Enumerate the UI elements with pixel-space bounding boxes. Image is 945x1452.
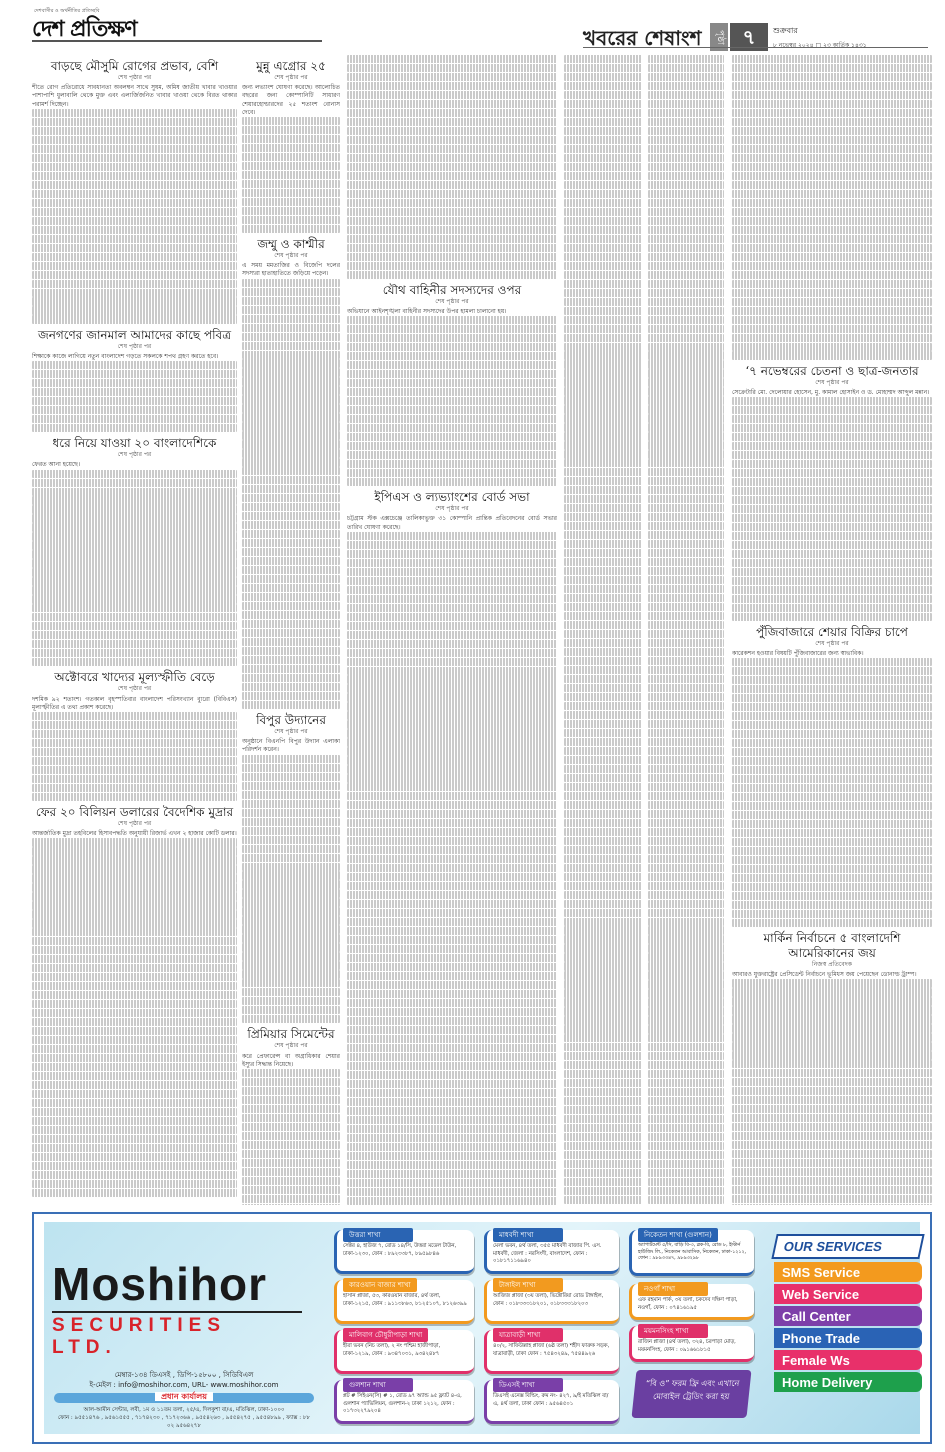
article-body bbox=[32, 838, 237, 1197]
branch-title: নওগাঁ শাখা bbox=[638, 1282, 708, 1296]
membership-info: মেম্বার-১৩৪ ডিএসই , ডিপি-১৫৮০০ , সিডিবিএ… bbox=[54, 1370, 314, 1380]
headline-7-november[interactable]: ‘৭ নভেম্বরের চেতনা ও ছাত্র-জনতার bbox=[732, 364, 932, 379]
branch-detail: ৪০/২, সাফিউল্লাহ প্লাজা (৬ষ্ঠ তলা) শহীদ … bbox=[493, 1343, 613, 1358]
article-body bbox=[32, 109, 237, 324]
moshihor-advertisement[interactable]: Moshihor SECURITIES LTD. মেম্বার-১৩৪ ডিএ… bbox=[32, 1212, 932, 1444]
article-body bbox=[347, 316, 557, 486]
service-call-center[interactable]: Call Center bbox=[774, 1306, 922, 1326]
hq-address: আল-আমীন সেন্টার, লবী, ১ম ও ১১তম তলা, ২৫/… bbox=[54, 1406, 314, 1414]
service-phone-trade[interactable]: Phone Trade bbox=[774, 1328, 922, 1348]
article-body bbox=[732, 55, 932, 360]
continued-label: শেষ পৃষ্ঠার পর bbox=[32, 685, 237, 693]
branch-title: ময়মনসিংহ শাখা bbox=[638, 1324, 708, 1338]
column-1: বাড়ছে মৌসুমি রোগের প্রভাব, বেশি শেষ পৃষ… bbox=[32, 55, 237, 1205]
newspaper-logo[interactable]: দেশ প্রতিক্ষণ bbox=[32, 12, 137, 49]
branch-dse: ডিএসই শাখা ডিএসই এনেক্স বিল্ডিং, রুম নং-… bbox=[484, 1380, 619, 1424]
service-female-ws[interactable]: Female Ws bbox=[774, 1350, 922, 1370]
branch-uttara: উত্তরা শাখা সেক্টর ৪, হাউজ ৭, রোড ১৪/সি,… bbox=[334, 1230, 474, 1274]
branch-detail: রাজিন প্লাজা (৪র্থ তলা), ৩২৪, চরপাড়া মো… bbox=[638, 1339, 748, 1354]
article-body bbox=[732, 397, 932, 621]
article-body bbox=[347, 532, 557, 1205]
article-body bbox=[648, 55, 724, 1205]
branch-karwan-bazar: কারওয়ান বাজার শাখা হাসান প্লাজা, ৫৩, কা… bbox=[334, 1280, 474, 1324]
article-lead: এ সময় মমতাজির ও বিজেপি দলের সদস্যরা হাত… bbox=[242, 262, 340, 278]
branch-title: নিকেতন শাখা (গুলশান) bbox=[638, 1228, 718, 1242]
header-rule bbox=[32, 40, 322, 42]
column-4 bbox=[564, 55, 642, 1205]
continued-label: শেষ পৃষ্ঠার পর bbox=[347, 298, 557, 306]
article-body bbox=[347, 55, 557, 279]
branch-detail: এফ রহমান পার্ক, ৩য় তলা, চকদেব দক্ষিণ পা… bbox=[638, 1297, 748, 1312]
continued-label: শেষ পৃষ্ঠার পর bbox=[32, 820, 237, 828]
continued-label: শেষ পৃষ্ঠার পর bbox=[242, 252, 340, 260]
branch-title: মাধবদী শাখা bbox=[493, 1228, 563, 1242]
continued-label: শেষ পৃষ্ঠার পর bbox=[347, 505, 557, 513]
service-web[interactable]: Web Service bbox=[774, 1284, 922, 1304]
article-body bbox=[242, 117, 340, 233]
article-lead: জন্য লভ্যাংশ ঘোষণা করেছে। আলোচিত বছরের জ… bbox=[242, 84, 340, 117]
brand-logo: Moshihor SECURITIES LTD. bbox=[52, 1257, 322, 1359]
headline-premier-cement[interactable]: প্রিমিয়ার সিমেন্টের bbox=[242, 1027, 340, 1042]
bo-form-promo: “বি ও” ফরম ফ্রি এবং এখানে মোবাইল ট্রেডিং… bbox=[631, 1370, 751, 1418]
issue-date: ৮ নভেম্বর ২০২৪ □ ২৩ কার্তিক ১৪৩১ bbox=[773, 40, 867, 51]
news-content: বাড়ছে মৌসুমি রোগের প্রভাব, বেশি শেষ পৃষ… bbox=[32, 55, 932, 1205]
article-body bbox=[242, 755, 340, 1024]
branch-mymensingh: ময়মনসিংহ শাখা রাজিন প্লাজা (৪র্থ তলা), … bbox=[629, 1326, 754, 1362]
branch-title: ডিএসই শাখা bbox=[493, 1378, 563, 1392]
continued-label: শেষ পৃষ্ঠার পর bbox=[732, 379, 932, 387]
service-sms[interactable]: SMS Service bbox=[774, 1262, 922, 1282]
branch-detail: আজিজ প্লাজা (৩য় তলা), ভিক্টোরিয়া রোড ট… bbox=[493, 1293, 613, 1308]
article-lead: শীতে রোগ প্রতিরোধে সাবধানতা অবলম্বন সাথে… bbox=[32, 84, 237, 109]
branch-madhabdi: মাধবদী শাখা মেলা ভবন, ৪র্থ তলা, ৩৫৫ মাধব… bbox=[484, 1230, 619, 1274]
continued-label: শেষ পৃষ্ঠার পর bbox=[242, 728, 340, 736]
branch-title: উত্তরা শাখা bbox=[343, 1228, 413, 1242]
branch-title: যাত্রাবাড়ী শাখা bbox=[493, 1328, 563, 1342]
article-body bbox=[732, 979, 932, 1205]
article-lead: অনুষ্ঠানে বিএনপি বিপুর উদ্যান এলাকা পরিদ… bbox=[242, 738, 340, 754]
article-body bbox=[242, 279, 340, 709]
hq-bar: প্রধান কার্যালয় bbox=[54, 1393, 314, 1403]
headline-eps-board-meeting[interactable]: ইপিএস ও ল্যভ্যাংশের বোর্ড সভা bbox=[347, 490, 557, 505]
article-body bbox=[32, 361, 237, 432]
article-body bbox=[732, 658, 932, 927]
headline-jammu-kashmir[interactable]: জম্মু ও কাশ্মীর bbox=[242, 237, 340, 252]
article-lead: আন্তর্জাতিক মুদ্রা তহবিলের হিসাবপদ্ধতি অ… bbox=[32, 830, 237, 838]
article-lead: চট্টগ্রাম স্টক এক্সচেঞ্জে তালিকাভুক্ত ৩১… bbox=[347, 515, 557, 531]
service-home-delivery[interactable]: Home Delivery bbox=[774, 1372, 922, 1392]
branch-niketon: নিকেতন শাখা (গুলশান) অ্যাপার্টমেন্ট ৫/সি… bbox=[629, 1230, 754, 1276]
branch-detail: সেক্টর ৪, হাউজ ৭, রোড ১৪/সি, উত্তরা মডেল… bbox=[343, 1243, 468, 1258]
brand-name: Moshihor bbox=[52, 1257, 322, 1311]
services-title: OUR SERVICES bbox=[771, 1234, 924, 1259]
article-body bbox=[564, 55, 642, 1205]
headline-forex-reserve[interactable]: ফের ২০ বিলিয়ন ডলারের বৈদেশিক মুদ্রার bbox=[32, 805, 237, 820]
branch-naogaon: নওগাঁ শাখা এফ রহমান পার্ক, ৩য় তলা, চকদে… bbox=[629, 1284, 754, 1320]
column-6: ‘৭ নভেম্বরের চেতনা ও ছাত্র-জনতার শেষ পৃষ… bbox=[732, 55, 932, 1205]
branch-gulshan: গুলশান শাখা প্লট # সিইএন(সি) # ১, রোড ৯৭… bbox=[334, 1380, 474, 1424]
branch-detail: প্লট # সিইএন(সি) # ১, রোড ৯৭ অ্যান্ড ৯৫ … bbox=[343, 1393, 468, 1416]
weekday: শুক্রবার bbox=[773, 25, 867, 38]
column-5 bbox=[648, 55, 724, 1205]
continued-label: শেষ পৃষ্ঠার পর bbox=[32, 74, 237, 82]
services-panel: OUR SERVICES SMS Service Web Service Cal… bbox=[774, 1234, 922, 1394]
masthead: দেশবাসীর ও অর্থনীতির প্রতিচ্ছবি দেশ প্রত… bbox=[0, 0, 945, 50]
article-lead: করে প্রেফারেন্স বা অগ্রাধিকার শেয়ার ইস্… bbox=[242, 1053, 340, 1069]
continued-label: শেষ পৃষ্ঠার পর bbox=[32, 343, 237, 351]
section-title: খবরের শেষাংশ bbox=[583, 24, 702, 57]
headline-people-property[interactable]: জনগণের জানমাল আমাদের কাছে পবিত্র bbox=[32, 328, 237, 343]
column-2: মুন্নু এগ্রোর ২৫ শেষ পৃষ্ঠার পর জন্য লভ্… bbox=[242, 55, 340, 1205]
branch-jatrabari: যাত্রাবাড়ী শাখা ৪০/২, সাফিউল্লাহ প্লাজা… bbox=[484, 1330, 619, 1374]
header-rule-right bbox=[583, 47, 928, 48]
article-lead: শিক্ষাকে কাজে লাগিয়ে নতুন বাংলাদেশ গড়ত… bbox=[32, 353, 237, 361]
contact-email[interactable]: ই-মেইল : info@moshihor.com, URL- www.mos… bbox=[54, 1380, 314, 1390]
article-lead: দশমিক ৯২ শতাংশ। গতকাল বৃহস্পতিবার বাংলাদ… bbox=[32, 696, 237, 712]
branch-detail: মেলা ভবন, ৪র্থ তলা, ৩৫৫ মাধবদী বাজার পি.… bbox=[493, 1243, 613, 1266]
branch-malibagh: মালিবাগ চৌধুরীপাড়া শাখা হীরা ভবন (নিচ ত… bbox=[334, 1330, 474, 1374]
headline-seasonal-disease[interactable]: বাড়ছে মৌসুমি রোগের প্রভাব, বেশি bbox=[32, 59, 237, 74]
branch-title: টাঙ্গাইল শাখা bbox=[493, 1278, 563, 1292]
continued-label: শেষ পৃষ্ঠার পর bbox=[32, 451, 237, 459]
headline-biplob-uddan[interactable]: বিপুর উদ্যানের bbox=[242, 713, 340, 728]
brand-info: মেম্বার-১৩৪ ডিএসই , ডিপি-১৫৮০০ , সিডিবিএ… bbox=[54, 1370, 314, 1430]
branch-tangail: টাঙ্গাইল শাখা আজিজ প্লাজা (৩য় তলা), ভিক… bbox=[484, 1280, 619, 1324]
byline: নিজস্ব প্রতিবেদক bbox=[732, 961, 932, 969]
article-body bbox=[32, 470, 237, 667]
article-body bbox=[242, 1069, 340, 1205]
hq-label: প্রধান কার্যালয় bbox=[155, 1392, 213, 1401]
branch-title: গুলশান শাখা bbox=[343, 1378, 413, 1392]
article-lead: ফেরত আনা হয়েছে। bbox=[32, 461, 237, 469]
article-lead: কারেকশন হওয়ার বিষয়টি পুঁজিবাজারের জন্য… bbox=[732, 650, 932, 658]
article-lead: সেক্রেটারি মো. দেলোয়ার হোসেন, মু. কামাল… bbox=[732, 389, 932, 397]
branch-detail: হীরা ভবন (নিচ তলা), ২ নং পশ্চিম হাজীপাড়… bbox=[343, 1343, 468, 1358]
article-lead: অভিযানে আইনশৃঙ্খলা বাহিনীর সদস্যদের উপর … bbox=[347, 308, 557, 316]
continued-label: শেষ পৃষ্ঠার পর bbox=[242, 1042, 340, 1050]
headline-us-election[interactable]: মার্কিন নির্বাচনে ৫ বাংলাদেশি আমেরিকানের… bbox=[732, 931, 932, 961]
headline-20-bangladeshis[interactable]: ধরে নিয়ে যাওয়া ২০ বাংলাদেশিকে bbox=[32, 436, 237, 451]
branch-detail: হাসান প্লাজা, ৫৩, কারওয়ান বাজার, ৪র্থ ত… bbox=[343, 1293, 468, 1308]
branch-detail: ডিএসই এনেক্স বিল্ডিং, রুম নং- ৪২৭, ৯/ই ম… bbox=[493, 1393, 613, 1408]
branch-title: কারওয়ান বাজার শাখা bbox=[343, 1278, 417, 1292]
headline-munnu-agro[interactable]: মুন্নু এগ্রোর ২৫ bbox=[242, 59, 340, 74]
continued-label: শেষ পৃষ্ঠার পর bbox=[732, 640, 932, 648]
article-lead: আবারও যুক্তরাষ্ট্রের প্রেসিডেন্ট নির্বাচ… bbox=[732, 971, 932, 979]
article-body bbox=[32, 712, 237, 801]
hq-phone: ফোন : ৯৫৫১৪৭৬ , ৯৫৬১৫৫৫ , ৭১৭৪২৩০ , ৭১৭২… bbox=[54, 1414, 314, 1430]
headline-food-inflation[interactable]: অক্টোবরে খাদ্যের মূল্যস্ফীতি বেড়ে bbox=[32, 670, 237, 685]
branch-detail: অ্যাপার্টমেন্ট ৫/সি, বাড়ি বি-৩, ব্লক-বি… bbox=[638, 1243, 748, 1263]
continued-label: শেষ পৃষ্ঠার পর bbox=[242, 74, 340, 82]
ad-background: Moshihor SECURITIES LTD. মেম্বার-১৩৪ ডিএ… bbox=[44, 1222, 920, 1434]
branch-title: মালিবাগ চৌধুরীপাড়া শাখা bbox=[343, 1328, 428, 1342]
brand-subtitle: SECURITIES LTD. bbox=[52, 1311, 302, 1359]
column-3: যৌথ বাহিনীর সদস্যদের ওপর শেষ পৃষ্ঠার পর … bbox=[347, 55, 557, 1205]
headline-stock-selling-pressure[interactable]: পুঁজিবাজারে শেয়ার বিক্রির চাপে bbox=[732, 625, 932, 640]
headline-joint-forces[interactable]: যৌথ বাহিনীর সদস্যদের ওপর bbox=[347, 283, 557, 298]
